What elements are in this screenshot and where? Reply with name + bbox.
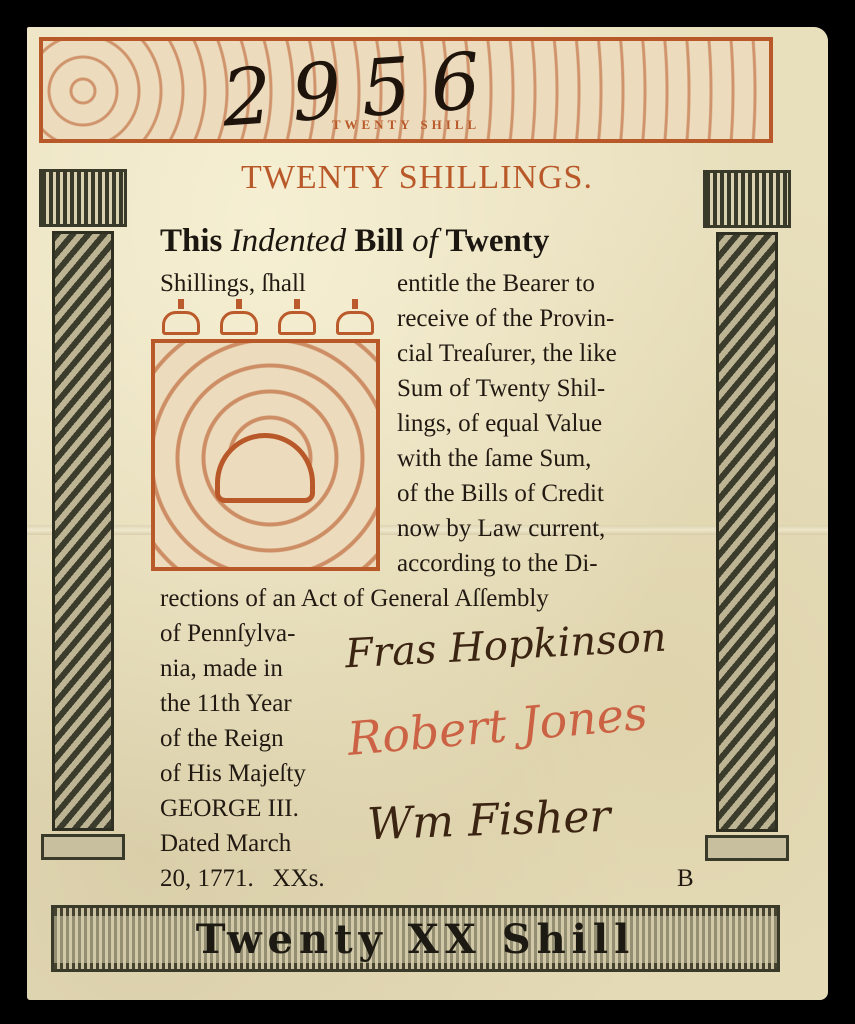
column-capital xyxy=(703,170,791,228)
column-shaft xyxy=(52,231,114,831)
crown-icon xyxy=(218,299,260,335)
text-line: with the ſame Sum, xyxy=(397,445,591,473)
signature-fisher: Wm Fisher xyxy=(366,791,611,850)
banknote-paper: TWENTY SHILL 2956 TWENTY SHILLINGS. This… xyxy=(27,27,828,1000)
crown-icon xyxy=(276,299,318,335)
column-capital xyxy=(39,169,127,227)
shield-icon xyxy=(215,433,315,503)
text-line: cial Treaſurer, the like xyxy=(397,340,617,368)
title-word: of xyxy=(412,223,438,259)
date-line: 20, 1771. XXs. xyxy=(160,865,325,893)
text-line: of the Reign xyxy=(160,725,284,753)
text-line: lings, of equal Value xyxy=(397,410,602,438)
column-base xyxy=(41,834,125,860)
text-line: of Pennſylva- xyxy=(160,620,295,648)
text-line: according to the Di- xyxy=(397,550,598,578)
left-column-ornament xyxy=(39,169,127,860)
text-line: Shillings, ſhall xyxy=(160,270,306,298)
crown-row xyxy=(160,299,376,335)
text-line: of His Majeſty xyxy=(160,760,306,788)
title-word: Bill xyxy=(354,223,404,259)
column-base xyxy=(705,835,789,861)
denomination-heading: TWENTY SHILLINGS. xyxy=(167,159,667,197)
title-word: This xyxy=(160,223,222,259)
text-line: of the Bills of Credit xyxy=(397,480,604,508)
text-line: Sum of Twenty Shil- xyxy=(397,375,605,403)
crown-icon xyxy=(160,299,202,335)
signature-hopkinson: Fras Hopkinson xyxy=(344,615,668,678)
text-line: receive of the Provin- xyxy=(397,305,614,333)
signature-jones: Robert Jones xyxy=(345,686,649,766)
text-line-full: rections of an Act of General Aſſembly xyxy=(160,585,549,613)
bill-title: This Indented Bill of Twenty xyxy=(160,223,549,260)
bottom-band-text: Twenty XX Shill xyxy=(54,916,777,963)
text-line: entitle the Bearer to xyxy=(397,270,595,298)
bottom-ornamental-band: Twenty XX Shill xyxy=(51,905,780,972)
column-shaft xyxy=(716,232,778,832)
title-word: Indented xyxy=(231,223,346,259)
coat-of-arms-emblem xyxy=(151,339,380,571)
crown-icon xyxy=(334,299,376,335)
text-line: GEORGE III. xyxy=(160,795,299,823)
text-line: the 11th Year xyxy=(160,690,292,718)
text-line: Dated March xyxy=(160,830,291,858)
title-word: Twenty xyxy=(445,223,549,259)
text-line: now by Law current, xyxy=(397,515,605,543)
text-line: nia, made in xyxy=(160,655,283,683)
plate-letter: B xyxy=(677,865,694,893)
right-column-ornament xyxy=(703,170,791,861)
